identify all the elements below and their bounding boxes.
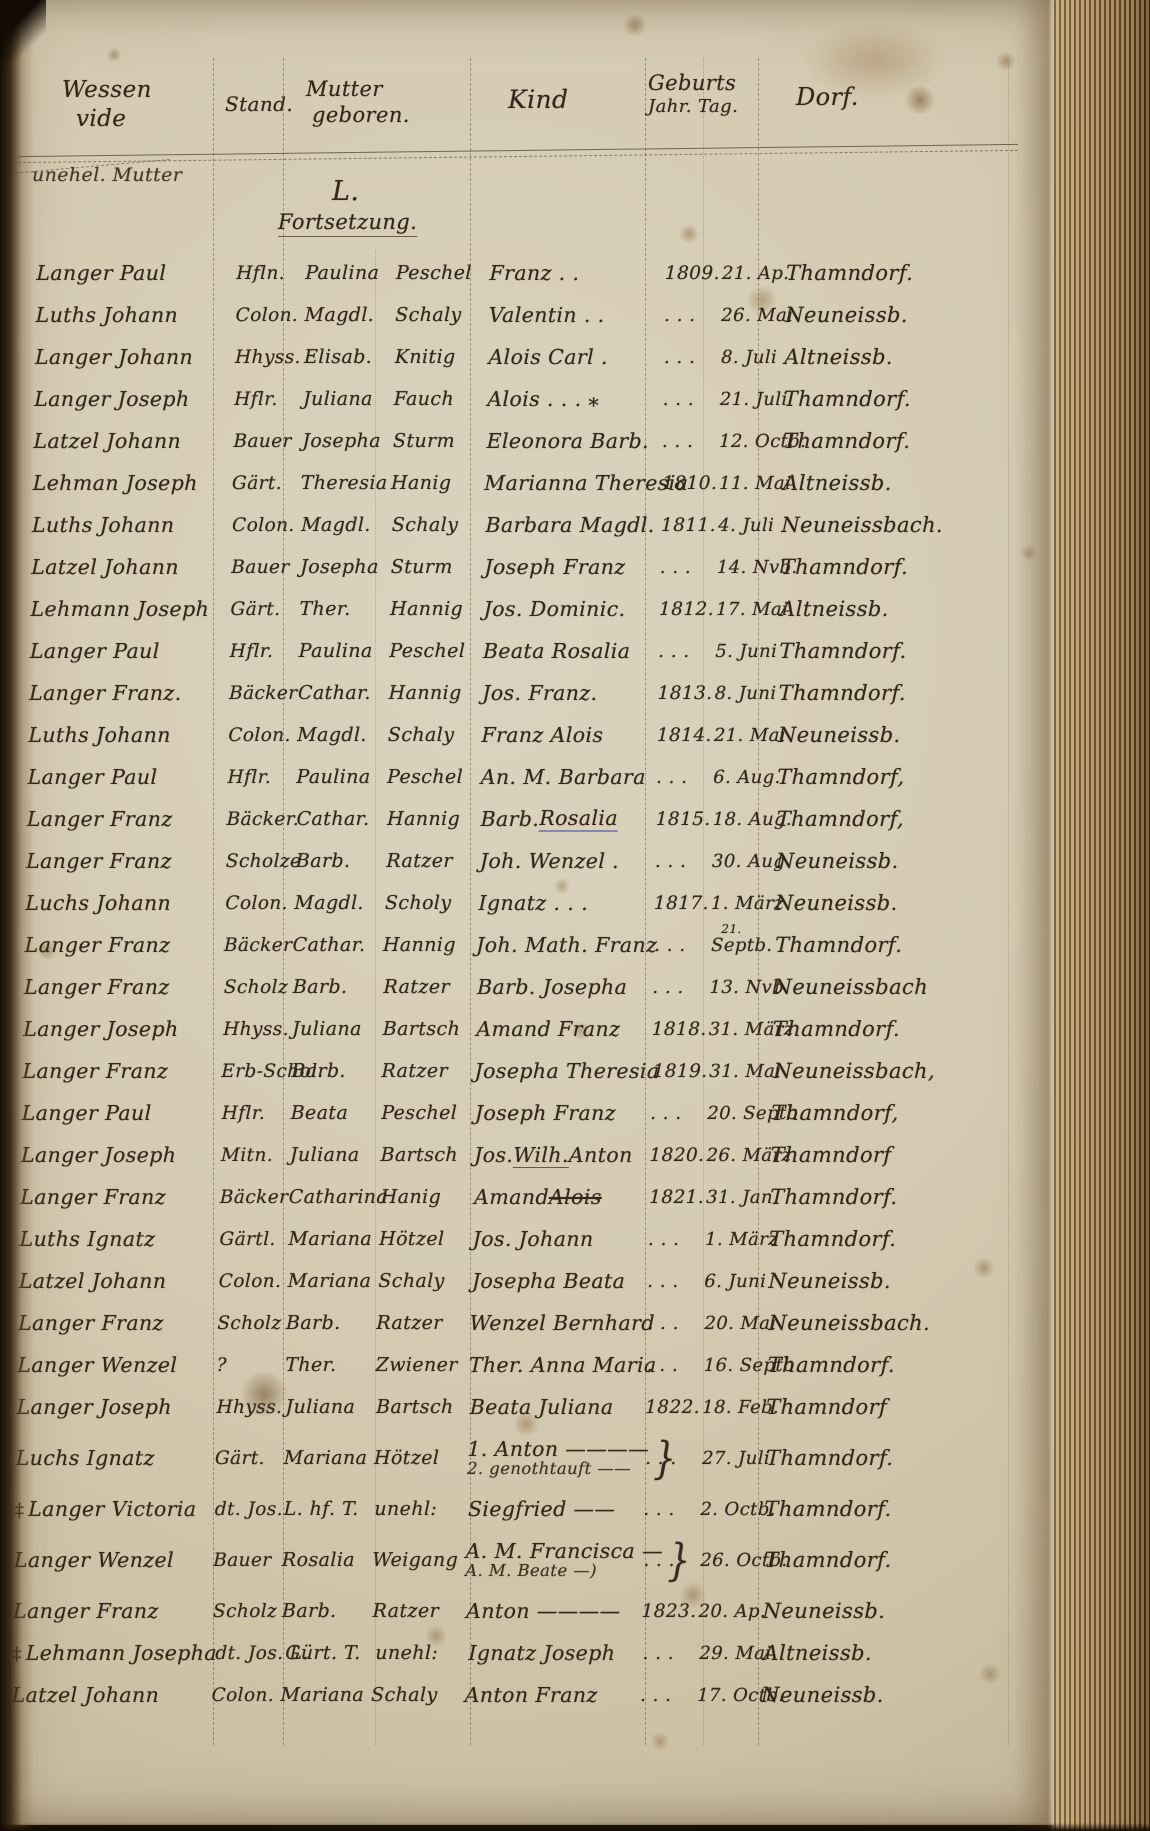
child-name-cell: Josepha Beata [472,1269,648,1293]
child-name-cell: Joh. Math. Franz [476,933,654,957]
register-row: Langer FranzScholzBarb.RatzerAnton ————1… [0,1590,999,1632]
mother-surname: Zwiener [375,1354,458,1376]
birth-year-cell: . . . [664,347,722,368]
stand-cell: Gärt. [215,1448,284,1469]
village-cell: Thamndorf. [763,1227,1006,1251]
mother-surname: Hötzel [379,1228,445,1250]
register-row: Latzel JohannBauerJosephaSturmJoseph Fra… [17,546,1018,588]
child-name-cell: Valentin . . [489,303,665,327]
village-name: Thamndorf. [784,387,912,411]
header-rule [18,150,1018,163]
register-row: Langer JosephHhyss.JulianaBartschBeata J… [2,1386,1003,1428]
birth-year: . . . [647,1271,679,1292]
village-cell: Thamndorf. [758,1548,1000,1572]
twin-brace-mark: } [653,1433,677,1484]
child-name: A. M. Francisca — [465,1539,663,1563]
birth-year-cell: . . . [664,305,721,326]
village-cell: Neuneissbach. [762,1311,1004,1335]
stand-abbrev: Scholz [217,1313,282,1334]
mother-surname: Peschel [389,640,465,662]
father-name-cell: Langer Wenzel [3,1353,217,1377]
stand-abbrev: Scholze [226,851,302,872]
village-name: Neuneissbach, [773,1059,935,1083]
child-name-cell: Amand Franz [476,1017,652,1041]
birth-year-cell: 1814. [657,725,714,746]
birth-day: 26. Mai [721,305,793,326]
birth-year: . . . [660,557,692,578]
birth-year-cell: . . . [648,1229,705,1250]
stand-cell: Colon. [232,515,301,536]
mother-given-cell: Beata [290,1102,381,1124]
mother-surname-cell: Hannig [390,598,484,620]
birth-day-cell: 21.Septb. [711,935,769,956]
birth-year-cell: 1811. [661,515,719,536]
father-name: Langer Franz [24,975,170,999]
section-letter: L. [332,176,359,207]
stand-abbrev: Scholz [213,1601,278,1622]
birth-year: . . . [642,1643,674,1664]
village-cell: Thamndorf. [777,429,1020,453]
mother-given-name: Ther. [285,1354,337,1376]
mother-surname-cell: Hötzel [374,1447,468,1469]
father-name: Lehman Joseph [33,471,198,495]
stand-cell: dt. Jos. [215,1499,284,1520]
village-cell: Neuneissbach. [775,513,1018,537]
village-name: Neuneissb. [768,1269,891,1293]
father-name: Langer Wenzel [17,1353,177,1377]
stand-cell: Gärt. [230,599,299,620]
child-name: Joh. Math. Franz [476,933,658,957]
child-name: Barb. Josepha [477,975,628,999]
stand-cell: Mitn. [221,1145,290,1166]
birth-year: . . . [662,389,694,410]
mother-surname-cell: Schaly [388,724,482,746]
mother-surname-cell: Peschel [381,1102,475,1124]
mother-given-cell: Rosalia [282,1549,373,1571]
village-cell: Thamndorf. [760,1446,1002,1470]
child-name: Anton Franz [465,1683,598,1707]
village-name: Neuneissbach. [781,513,943,537]
father-name: Luchs Johann [25,891,171,915]
child-name-cell: Alois Carl . [488,345,664,369]
birth-year: 1812. [659,599,714,620]
child-name-cell: Amand Alois [474,1185,649,1209]
mother-given-name: Rosalia [282,1549,355,1571]
village-cell: Thamndorf. [775,555,1018,579]
father-name: Luths Johann [28,723,171,747]
birth-year-cell: . . . [662,389,719,410]
birth-year: 1820. [649,1145,704,1166]
stand-abbrev: Gärt. [232,473,282,494]
birth-day-cell: 16. Septb. [704,1355,762,1376]
stand-cell: Gärtl. [219,1229,288,1250]
birth-year-cell: . . . [647,1271,704,1292]
birth-year: . . . [643,1499,675,1520]
mother-given-cell: Cathar. [292,934,383,956]
child-line-1: 1. Anton ———— [467,1439,649,1461]
mother-surname-cell: Sturm [391,556,485,578]
child-name-cell: Joseph Franz [484,555,660,579]
mother-given-name: Barb. [286,1312,341,1334]
father-name: Latzel Johann [33,429,181,453]
mother-surname-cell: Ratzer [376,1312,470,1334]
birth-year: 1809. [665,263,720,284]
register-row: Langer FranzScholzeBarb.RatzerJoh. Wenze… [12,840,1013,882]
village-cell: Thamndorf. [780,261,1023,285]
birth-day: 20. Ap. [698,1601,766,1622]
birth-year-cell: . . . [642,1643,699,1664]
village-name: Thamndorf. [786,261,914,285]
stand-cell: Gärt. [232,473,301,494]
village-name: Thamndorf. [766,1446,894,1470]
father-name-cell: Langer Franz [6,1185,220,1209]
register-row: Luths IgnatzGärtl.MarianaHötzelJos. Joha… [5,1218,1006,1260]
mother-given-cell: Gürt. T. [285,1642,375,1664]
father-name: Langer Franz [20,1185,166,1209]
child-name: Barb. [480,807,539,831]
register-rows: Langer PaulHfln.PaulinaPeschelFranz . .1… [0,252,1023,1716]
village-cell: Thamndorf, [771,765,1014,789]
father-name-cell: Langer Paul [16,639,230,663]
child-name-cell: Barbara Magdl. [485,513,661,537]
village-name: Thamndorf [766,1395,887,1419]
mother-given-cell: Josepha [302,430,393,452]
mother-given-name: Cathar. [296,808,369,830]
child-name: 1. Anton ———— [467,1437,649,1461]
village-name: Neuneissb. [762,1599,885,1623]
register-row: Langer FranzErb-Schol.Barb.RatzerJosepha… [8,1050,1009,1092]
stand-cell: Hflr. [227,767,296,788]
corner-shadow [0,0,46,66]
birth-day-cell: 18. Aug. [713,809,771,830]
stand-abbrev: Bäcker [224,935,293,956]
register-row: Latzel JohannColon.MarianaSchalyAnton Fr… [0,1674,998,1716]
mother-surname: Sturm [393,430,455,452]
mother-given-name: Magdl. [297,724,367,746]
birth-day-cell: 31. März [709,1019,767,1040]
stand-abbrev: Hflr. [222,1103,266,1124]
book-page-stack-edge [1054,0,1150,1831]
birth-day-cell: 20. Mai [704,1313,762,1334]
mother-surname-cell: Bartsch [380,1144,474,1166]
mother-given-name: L. hf. T. [284,1498,359,1520]
father-name-cell: Luths Ignatz [5,1227,219,1251]
mother-surname: Ratzer [381,1060,448,1082]
birth-day-cell: 26. Mai [721,305,779,326]
header-child-label: Kind [508,85,568,114]
mother-given-name: Paulina [299,640,373,662]
mother-surname-cell: Hanig [391,472,485,494]
birth-year-cell: . . . [650,1103,707,1124]
stain [903,86,937,114]
register-row: Luchs JohannColon.Magdl.ScholyIgnatz . .… [11,882,1012,924]
father-name-cell: Langer Joseph [9,1017,223,1041]
father-name: Luths Johann [35,303,178,327]
register-row: Lehmann JosephGärt.Ther.HannigJos. Domin… [16,588,1017,630]
birth-day: 8. Juli [721,347,777,368]
birth-day: 31. Jan. [706,1187,779,1208]
child-line-2: A. M. Beate —) [465,1562,663,1579]
child-name-cell: 1. Anton ————2. genothtauft ——} [467,1433,646,1484]
stand-abbrev: Hfln. [236,263,285,284]
mother-given-name: Barb. [282,1600,337,1622]
birth-day-cell: 20. Ap. [698,1601,756,1622]
birth-day-cell: 6. Juni [704,1271,762,1292]
village-cell: Neuneissb. [772,723,1015,747]
child-line-2: 2. genothtauft —— [467,1460,649,1477]
mother-surname-cell: Weigang [372,1549,466,1571]
father-name: Langer Franz [13,1599,159,1623]
birth-day-cell: 21. Mai [714,725,772,746]
village-cell: Altneissb. [757,1641,998,1665]
stand-cell: Colon. [235,305,304,326]
mother-given-cell: Magdl. [304,304,395,326]
section-letter-text: L. [332,176,359,207]
birth-day-cell: 6. Aug. [713,767,771,788]
village-cell: Neuneissbach [767,975,1010,999]
mother-given-cell: Juliana [292,1018,383,1040]
child-name: Marianna Theresia [484,471,688,495]
father-name-cell: Latzel Johann [17,555,231,579]
father-name: Langer Paul [30,639,160,663]
child-name-cell: Alois . . . ⁎ [487,387,663,411]
mother-surname: Peschel [381,1102,457,1124]
mother-given-name: Barb. [291,1060,346,1082]
column-header-village: Dorf. [796,82,859,112]
header-birth-line2: Jahr. Tag. [648,96,738,119]
child-name: Alois Carl . [488,345,608,369]
stand-cell: ? [216,1355,285,1376]
birth-day: 6. Juni [704,1271,766,1292]
stand-abbrev: Hhyss. [216,1397,282,1418]
stand-cell: Scholze [226,851,296,872]
birth-day: 30. Aug [712,851,786,872]
birth-day-cell: 27. Juli [702,1448,760,1469]
mother-surname: Hötzel [374,1447,440,1469]
mother-surname-cell: Ratzer [383,976,477,998]
mother-surname-cell: Ratzer [372,1600,466,1622]
stand-cell: Hflr. [222,1103,291,1124]
mother-given-name: Josepha [300,556,379,578]
father-name-cell: Langer Franz [13,807,227,831]
village-name: Neuneissb. [776,849,899,873]
village-name: Thamndorf. [779,639,907,663]
birth-day-cell: 13. Nvb. [709,977,767,998]
birth-day-cell: 1. März [705,1229,763,1250]
child-name: Eleonora Barb. [486,429,649,453]
birth-year: 1822. [645,1397,700,1418]
father-name: Lehmann Joseph [30,597,209,621]
mother-given-cell: Paulina [299,640,390,662]
stand-cell: Hhyss. [216,1397,285,1418]
stand-abbrev: Bäcker [229,683,298,704]
village-cell: Altneissb. [774,597,1017,621]
mother-surname: unehl: [374,1498,437,1520]
child-name: Wilh. [513,1143,569,1168]
mother-given-name: Mariana [283,1447,367,1469]
birth-year-cell: . . . [655,851,712,872]
village-cell: Neuneissb. [770,849,1013,873]
child-name: Siegfried —— [468,1497,616,1521]
mother-surname-cell: Schaly [371,1684,465,1706]
village-cell: Neuneissb. [779,303,1022,327]
village-cell: Thamndorf. [772,681,1015,705]
mother-surname: Hanig [391,472,452,494]
village-cell: Neuneissb. [762,1269,1005,1293]
mother-surname: Schaly [395,304,462,326]
mother-surname-cell: Schaly [378,1270,472,1292]
child-name: Valentin . . [489,303,605,327]
register-row: Latzel JohannBauerJosephaSturmEleonora B… [19,420,1020,462]
birth-day: 27. Juli [702,1448,770,1469]
birth-day: 1. März [711,893,784,914]
mother-given-cell: Josepha [300,556,391,578]
birth-day-cell: 8. Juni [714,683,772,704]
mother-given-cell: Juliana [290,1144,381,1166]
register-row: Luths JohannColon.Magdl.SchalyValentin .… [21,294,1022,336]
birth-day: 21. Mai [714,725,786,746]
child-name: Ignatz Joseph [468,1641,615,1665]
village-cell: Altneissb. [778,345,1021,369]
birth-day: 21. Juli [720,389,788,410]
stand-abbrev: Hhyss. [235,347,301,368]
mother-given-cell: Paulina [305,262,396,284]
stand-abbrev: Bauer [213,1550,272,1571]
birth-year: . . . [640,1685,672,1706]
register-row: Langer JosephHhyss.JulianaBartschAmand F… [9,1008,1010,1050]
mother-surname-cell: Fauch [394,388,488,410]
stand-cell: Hflr. [230,641,299,662]
birth-day: 5. Juni [715,641,777,662]
stain [622,14,648,36]
child-name-cell: Beata Rosalia [483,639,659,663]
stand-cell: Bauer [213,1550,282,1571]
mother-given-cell: Cathar. [298,682,389,704]
father-name: Langer Joseph [34,387,190,411]
mother-given-name: Juliana [290,1144,360,1166]
village-name: Thamndorf. [778,681,906,705]
child-twin-lines: 1. Anton ————2. genothtauft —— [467,1439,649,1478]
father-name: Langer Franz [24,933,170,957]
father-name: Langer Franz. [29,681,182,705]
mother-given-name: Mariana [288,1270,372,1292]
birth-year-cell: 1818. [652,1019,709,1040]
birth-year-cell: . . . [654,935,711,956]
birth-year: . . . [656,767,688,788]
child-name: Jos. Dominic. [483,597,625,621]
birth-year: . . . [652,977,684,998]
child-name: Anton ———— [466,1599,621,1623]
village-cell: Thamndorf [764,1143,1007,1167]
birth-day-cell: 11. Mai [719,473,777,494]
birth-year-cell: 1820. [649,1145,706,1166]
mother-given-name: Josepha [302,430,381,452]
birth-year: 1814. [657,725,712,746]
stand-abbrev: Bäcker [220,1187,289,1208]
register-row: Luths JohannColon.Magdl.SchalyBarbara Ma… [18,504,1019,546]
birth-day: 21. Ap. [722,263,790,284]
mother-surname: Hannig [383,934,456,956]
village-cell: Altneissb. [777,471,1019,495]
child-name-cell: Franz Alois [481,723,657,747]
column-header-child: Kind [508,84,568,115]
mother-surname-cell: Hannig [387,808,481,830]
stand-cell: Hhyss. [235,347,304,368]
birth-day: 4. Juli [718,515,774,536]
birth-year-cell: . . . [643,1499,700,1520]
father-name-cell: Lehman Joseph [19,471,233,495]
stand-cell: Bäcker. [226,809,296,830]
mother-surname-cell: Ratzer [381,1060,474,1082]
mother-given-name: Cathar. [292,934,365,956]
child-name-cell: Marianna Theresia [484,471,662,495]
child-name-cell: Jos. Wilh. Anton [474,1143,650,1168]
birth-day-cell: 30. Aug [712,851,770,872]
child-name-cell: Wenzel Bernhard [469,1311,647,1335]
birth-day-cell: 2. Octb. [700,1499,758,1520]
mother-surname: Schaly [378,1270,445,1292]
birth-year-cell: . . . [660,557,717,578]
mother-given-name: Gürt. T. [285,1642,361,1664]
child-name: Joseph Franz [475,1101,617,1125]
header-stand-label: Stand. [225,92,293,116]
mother-surname-cell: Hötzel [379,1228,473,1250]
village-name: Thamndorf. [775,933,903,957]
child-name: Ther. Anna Maria [469,1353,657,1377]
child-name-cell: Joh. Wenzel . [480,849,656,873]
father-name: Luths Johann [32,513,175,537]
stand-cell: Hflr. [234,389,303,410]
birth-year-cell: . . . [647,1313,704,1334]
child-name: 2. genothtauft —— [467,1459,631,1478]
birth-day: 11. Mai [719,473,791,494]
mother-surname: Bartsch [383,1018,461,1040]
register-row: Langer PaulHflr.BeataPeschelJoseph Franz… [7,1092,1008,1134]
mother-given-name: Beata [290,1102,348,1124]
mother-given-cell: Juliana [303,388,394,410]
stand-abbrev: Colon. [225,893,288,914]
mother-surname-cell: Peschel [396,262,490,284]
mother-given-name: Juliana [292,1018,362,1040]
birth-year: . . . [654,935,686,956]
stand-abbrev: Hflr. [234,389,278,410]
mother-given-name: Magdl. [294,892,364,914]
birth-year: . . . [664,347,696,368]
birth-day: 16. Septb. [704,1355,802,1376]
father-name-cell: Latzel Johann [19,429,233,453]
stand-abbrev: Colon. [228,725,291,746]
father-name: Langer Paul [36,261,166,285]
child-name: Rosalia [539,806,618,832]
child-line-1: A. M. Francisca — [465,1541,663,1563]
birth-day: 20. Septb. [707,1103,805,1124]
register-row: Langer JosephHflr.JulianaFauchAlois . . … [20,378,1021,420]
stand-abbrev: Gärt. [230,599,280,620]
child-name-cell: A. M. Francisca —A. M. Beate —)} [465,1535,644,1586]
father-name-cell: Langer Franz [12,849,226,873]
mother-surname-cell: Hannig [383,934,477,956]
father-name: Langer Joseph [16,1395,172,1419]
birth-year-cell: 1823. [641,1601,698,1622]
village-name: Neuneissbach. [768,1311,930,1335]
father-name: Langer Franz [26,849,172,873]
village-cell: Thamndorf. [767,1017,1010,1041]
father-name: Langer Paul [22,1101,152,1125]
mother-given-name: Magdl. [304,304,374,326]
stand-abbrev: Hhyss. [223,1019,289,1040]
header-father-line2: vide [62,105,152,134]
birth-day: 12. Octb. [719,431,807,452]
